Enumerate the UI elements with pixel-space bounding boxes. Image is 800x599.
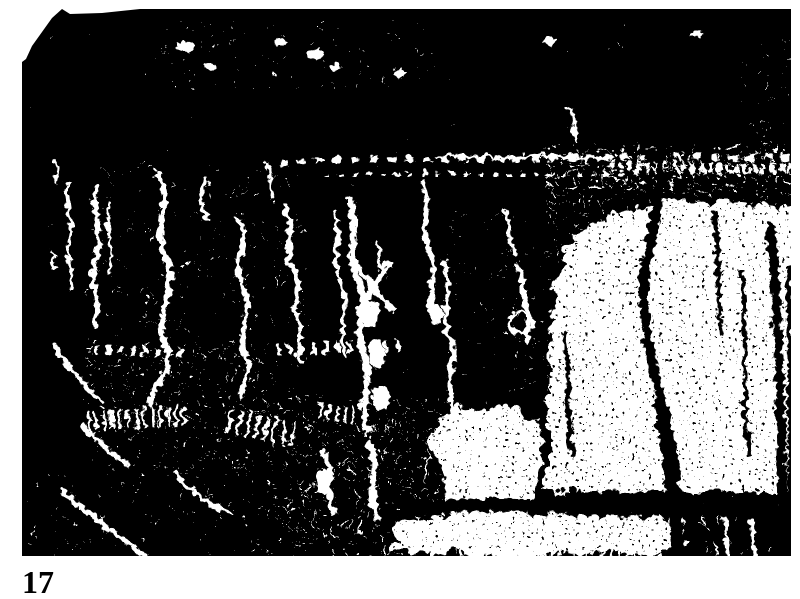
figure-number-label: 17 [22, 566, 54, 598]
book-page: 17 [0, 0, 800, 599]
rock-petroglyph-photo [22, 9, 791, 556]
halftone-photo-rendering [22, 9, 791, 556]
